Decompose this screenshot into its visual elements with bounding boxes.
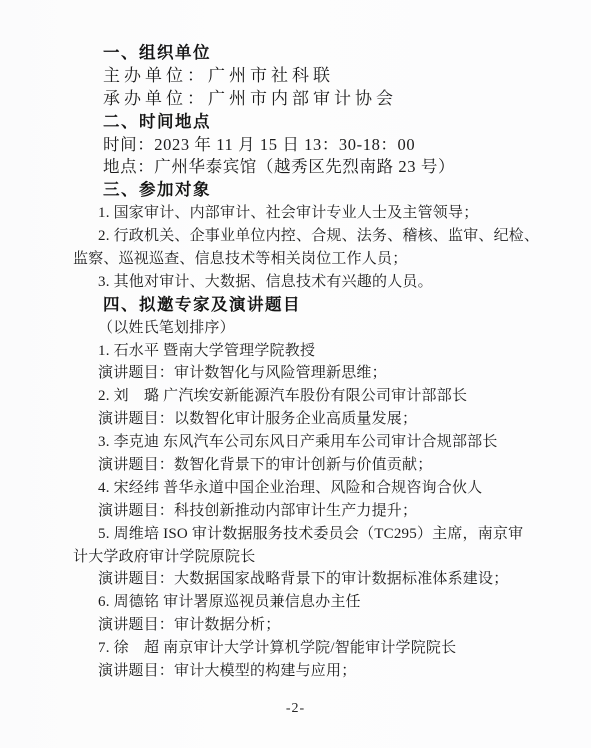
page-number: -2- xyxy=(0,701,591,717)
line-speaker-2: 2. 刘 璐 广汽埃安新能源汽车股份有限公司审计部部长 xyxy=(73,385,543,408)
line-time: 时间：2023 年 11 月 15 日 13：30-18：00 xyxy=(73,134,543,157)
heading-participants: 三、参加对象 xyxy=(73,179,543,202)
line-topic-2: 演讲题目：以数智化审计服务企业高质量发展； xyxy=(73,408,543,431)
line-host-unit: 主办单位：广州市社科联 xyxy=(73,65,543,88)
line-participant-item-2-cont: 监察、巡视巡查、信息技术等相关岗位工作人员； xyxy=(73,248,543,271)
line-topic-3: 演讲题目：数智化背景下的审计创新与价值贡献； xyxy=(73,454,543,477)
line-topic-5: 演讲题目：大数据国家战略背景下的审计数据标准体系建设； xyxy=(73,568,543,591)
line-topic-1: 演讲题目：审计数智化与风险管理新思维； xyxy=(73,362,543,385)
line-sort-note: （以姓氏笔划排序） xyxy=(73,317,543,340)
line-speaker-5-cont: 计大学政府审计学院原院长 xyxy=(73,546,543,569)
line-topic-7: 演讲题目：审计大模型的构建与应用； xyxy=(73,660,543,683)
line-organizer-unit: 承办单位：广州市内部审计协会 xyxy=(73,88,543,111)
line-speaker-5: 5. 周维培 ISO 审计数据服务技术委员会（TC295）主席，南京审 xyxy=(73,523,543,546)
line-topic-6: 演讲题目：审计数据分析； xyxy=(73,614,543,637)
line-speaker-3: 3. 李克迪 东风汽车公司东风日产乘用车公司审计合规部部长 xyxy=(73,431,543,454)
line-speaker-4: 4. 宋经纬 普华永道中国企业治理、风险和合规咨询合伙人 xyxy=(73,477,543,500)
heading-organizing-units: 一、组织单位 xyxy=(73,42,543,65)
heading-time-place: 二、时间地点 xyxy=(73,111,543,134)
line-place: 地点：广州华泰宾馆（越秀区先烈南路 23 号） xyxy=(73,156,543,179)
document-page: 一、组织单位 主办单位：广州市社科联 承办单位：广州市内部审计协会 二、时间地点… xyxy=(0,0,591,748)
line-topic-4: 演讲题目：科技创新推动内部审计生产力提升； xyxy=(73,500,543,523)
line-participant-item-3: 3. 其他对审计、大数据、信息技术有兴趣的人员。 xyxy=(73,271,543,294)
line-participant-item-1: 1. 国家审计、内部审计、社会审计专业人士及主管领导； xyxy=(73,202,543,225)
line-speaker-1: 1. 石水平 暨南大学管理学院教授 xyxy=(73,340,543,363)
line-speaker-7: 7. 徐 超 南京审计大学计算机学院/智能审计学院院长 xyxy=(73,637,543,660)
line-participant-item-2: 2. 行政机关、企事业单位内控、合规、法务、稽核、监审、纪检、 xyxy=(73,225,543,248)
heading-experts-topics: 四、拟邀专家及演讲题目 xyxy=(73,294,543,317)
line-speaker-6: 6. 周德铭 审计署原巡视员兼信息办主任 xyxy=(73,591,543,614)
document-body: 一、组织单位 主办单位：广州市社科联 承办单位：广州市内部审计协会 二、时间地点… xyxy=(73,42,543,683)
